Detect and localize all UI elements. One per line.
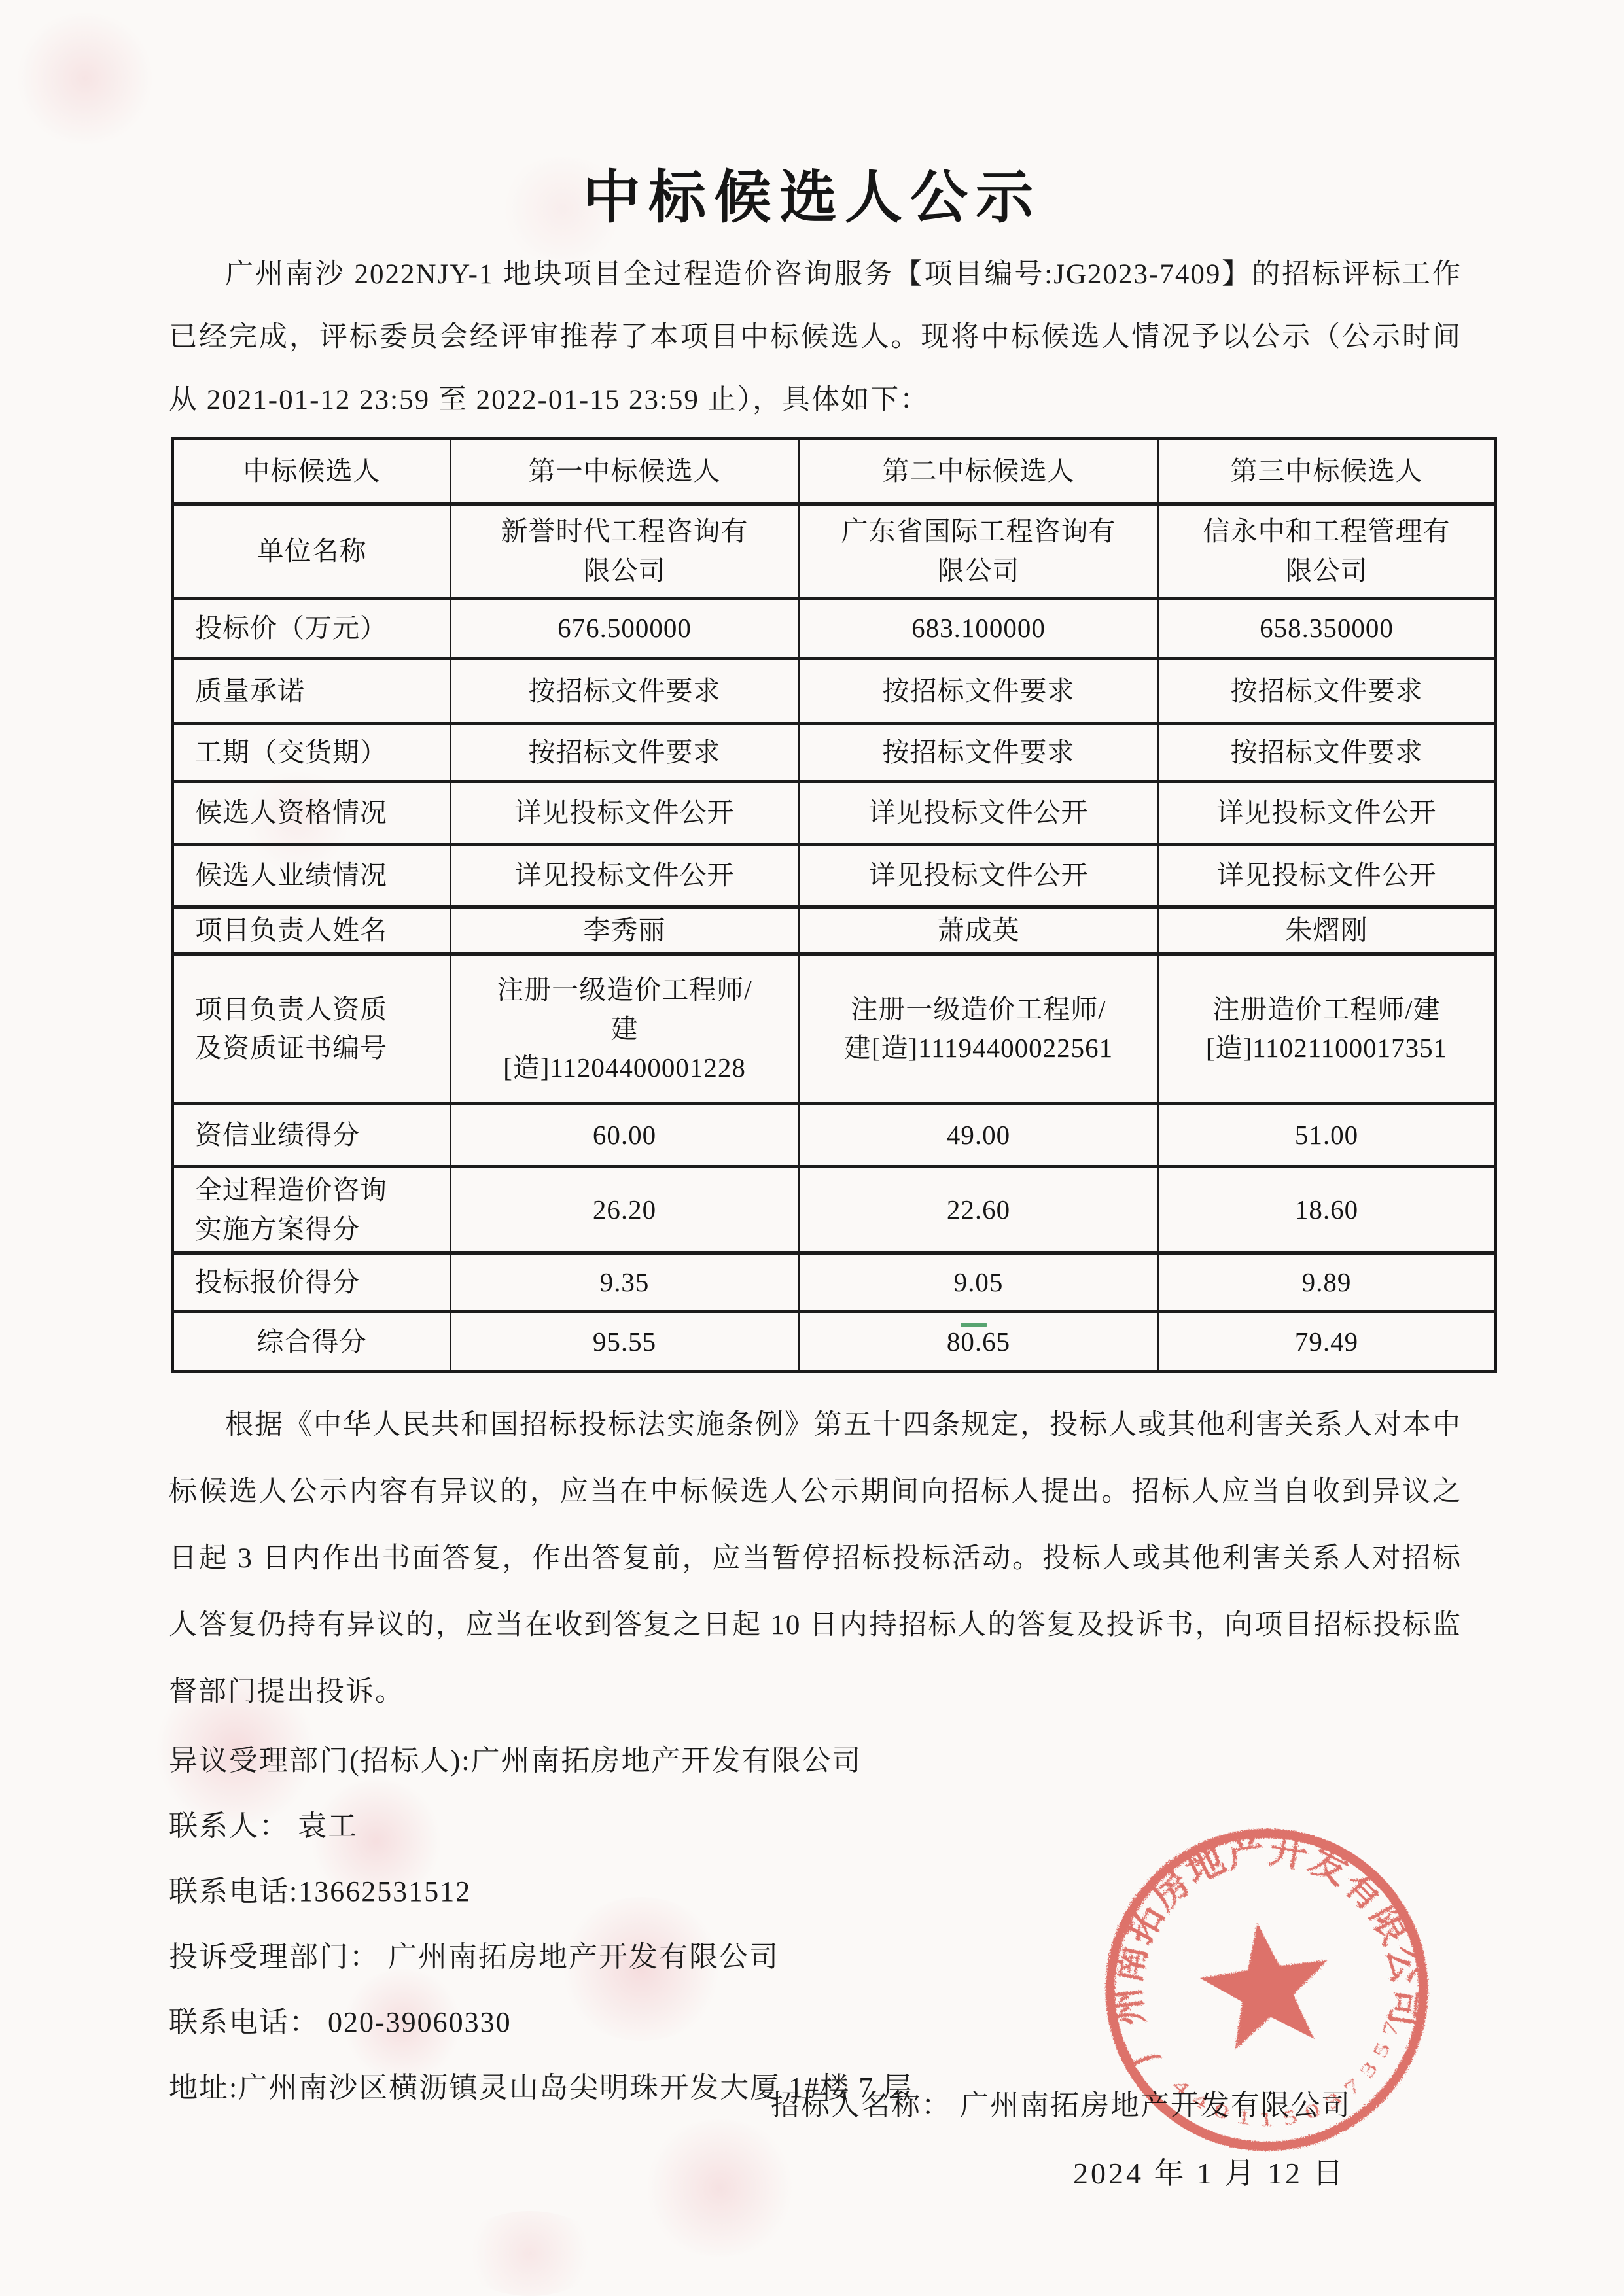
table-cell: 按招标文件要求: [451, 659, 799, 724]
contact-line: 异议受理部门(招标人):广州南拓房地产开发有限公司: [169, 1728, 1462, 1794]
row-label: 单位名称: [173, 504, 451, 599]
row-label: 综合得分: [173, 1312, 451, 1372]
table-cell: 详见投标文件公开: [799, 844, 1159, 907]
table-cell: 注册造价工程师/建 [造]11021100017351: [1159, 954, 1496, 1104]
intro-paragraph: 广州南沙 2022NJY-1 地块项目全过程造价咨询服务【项目编号:JG2023…: [169, 243, 1462, 432]
table-cell: 第三中标候选人: [1159, 439, 1496, 504]
table-cell: 广东省国际工程咨询有 限公司: [799, 504, 1159, 599]
row-label: 项目负责人资质 及资质证书编号: [173, 954, 451, 1104]
table-cell: 详见投标文件公开: [1159, 844, 1496, 907]
row-label: 工期（交货期）: [173, 724, 451, 782]
table-cell: 详见投标文件公开: [799, 782, 1159, 844]
green-scan-artifact: [961, 1323, 987, 1327]
table-row: 工期（交货期）按招标文件要求按招标文件要求按招标文件要求: [173, 724, 1496, 782]
table-row: 项目负责人姓名李秀丽萧成英朱熠刚: [173, 907, 1496, 954]
row-label: 投标报价得分: [173, 1253, 451, 1312]
table-cell: 658.350000: [1159, 599, 1496, 659]
table-cell: 676.500000: [451, 599, 799, 659]
table-cell: 按招标文件要求: [799, 724, 1159, 782]
table-cell: 新誉时代工程咨询有 限公司: [451, 504, 799, 599]
table-cell: 80.65: [799, 1312, 1159, 1372]
table-cell: 26.20: [451, 1167, 799, 1253]
table-cell: 萧成英: [799, 907, 1159, 954]
company-stamp-icon: 广州南拓房地产开发有限公司 4401150373571: [1097, 1820, 1437, 2160]
table-row: 投标报价得分9.359.059.89: [173, 1253, 1496, 1312]
table-row: 投标价（万元）676.500000683.100000658.350000: [173, 599, 1496, 659]
table-cell: 9.35: [451, 1253, 799, 1312]
table-cell: 683.100000: [799, 599, 1159, 659]
row-label: 质量承诺: [173, 659, 451, 724]
table-row: 质量承诺按招标文件要求按招标文件要求按招标文件要求: [173, 659, 1496, 724]
table-row: 单位名称新誉时代工程咨询有 限公司广东省国际工程咨询有 限公司信永中和工程管理有…: [173, 504, 1496, 599]
legal-paragraph: 根据《中华人民共和国招标投标法实施条例》第五十四条规定，投标人或其他利害关系人对…: [169, 1392, 1462, 1726]
ink-smudge: [641, 2119, 798, 2257]
page-title: 中标候选人公示: [0, 152, 1624, 234]
table-cell: 49.00: [799, 1104, 1159, 1167]
table-cell: 18.60: [1159, 1167, 1496, 1253]
ink-smudge: [13, 13, 157, 144]
table-cell: 详见投标文件公开: [451, 782, 799, 844]
table-row: 综合得分95.5580.6579.49: [173, 1312, 1496, 1372]
table-cell: 9.05: [799, 1253, 1159, 1312]
table-cell: 按招标文件要求: [1159, 724, 1496, 782]
table-cell: 按招标文件要求: [1159, 659, 1496, 724]
table-row: 全过程造价咨询 实施方案得分26.2022.6018.60: [173, 1167, 1496, 1253]
table-cell: 详见投标文件公开: [1159, 782, 1496, 844]
ink-smudge: [458, 2211, 602, 2296]
table-cell: 22.60: [799, 1167, 1159, 1253]
table-cell: 注册一级造价工程师/ 建[造]11194400022561: [799, 954, 1159, 1104]
row-label: 候选人业绩情况: [173, 844, 451, 907]
row-label: 资信业绩得分: [173, 1104, 451, 1167]
table-cell: 79.49: [1159, 1312, 1496, 1372]
table-cell: 9.89: [1159, 1253, 1496, 1312]
table-cell: 详见投标文件公开: [451, 844, 799, 907]
row-label: 候选人资格情况: [173, 782, 451, 844]
table-row: 候选人业绩情况详见投标文件公开详见投标文件公开详见投标文件公开: [173, 844, 1496, 907]
table-row: 中标候选人第一中标候选人第二中标候选人第三中标候选人: [173, 439, 1496, 504]
table-cell: 第一中标候选人: [451, 439, 799, 504]
stamp-star-icon: [1193, 1913, 1339, 2053]
table-cell: 第二中标候选人: [799, 439, 1159, 504]
table-cell: 51.00: [1159, 1104, 1496, 1167]
table-cell: 信永中和工程管理有 限公司: [1159, 504, 1496, 599]
row-label: 全过程造价咨询 实施方案得分: [173, 1167, 451, 1253]
table-cell: 95.55: [451, 1312, 799, 1372]
row-label: 投标价（万元）: [173, 599, 451, 659]
table-cell: 按招标文件要求: [799, 659, 1159, 724]
table-row: 资信业绩得分60.0049.0051.00: [173, 1104, 1496, 1167]
table-cell: 按招标文件要求: [451, 724, 799, 782]
candidates-table: 中标候选人第一中标候选人第二中标候选人第三中标候选人单位名称新誉时代工程咨询有 …: [171, 437, 1497, 1373]
row-label: 中标候选人: [173, 439, 451, 504]
table-row: 项目负责人资质 及资质证书编号注册一级造价工程师/ 建 [造]112044000…: [173, 954, 1496, 1104]
table-cell: 60.00: [451, 1104, 799, 1167]
row-label: 项目负责人姓名: [173, 907, 451, 954]
table-cell: 李秀丽: [451, 907, 799, 954]
table-row: 候选人资格情况详见投标文件公开详见投标文件公开详见投标文件公开: [173, 782, 1496, 844]
document-page: 中标候选人公示 广州南沙 2022NJY-1 地块项目全过程造价咨询服务【项目编…: [0, 0, 1624, 2296]
table-cell: 注册一级造价工程师/ 建 [造]11204400001228: [451, 954, 799, 1104]
table-cell: 朱熠刚: [1159, 907, 1496, 954]
